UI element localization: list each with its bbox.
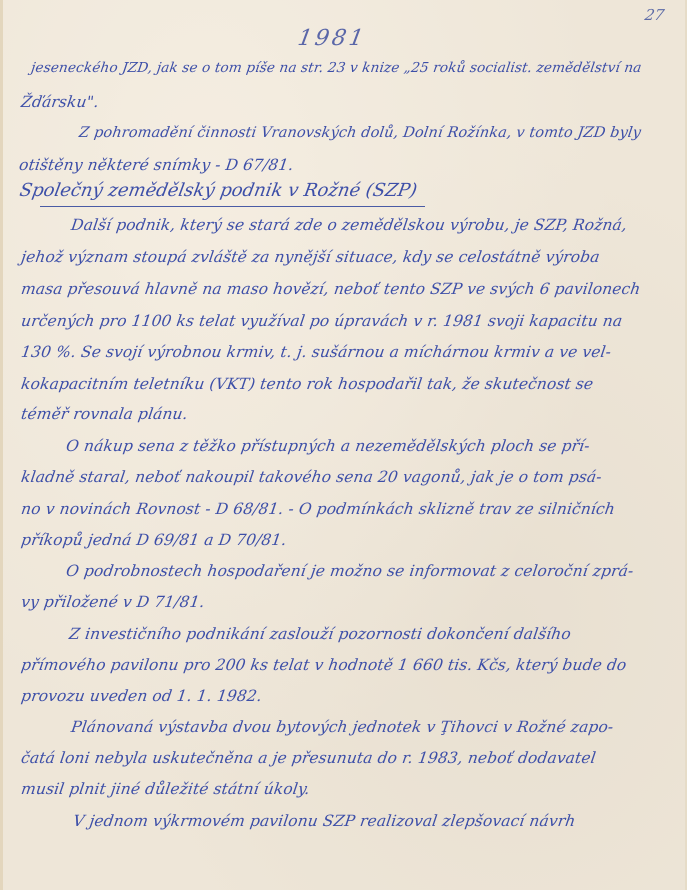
text-line: přímového pavilonu pro 200 ks telat v ho…: [20, 656, 628, 674]
text-line: kokapacitním teletníku (VKT) tento rok h…: [20, 375, 595, 393]
text-line: O podrobnostech hospodaření je možno se …: [65, 562, 635, 580]
text-line: čatá loni nebyla uskutečněna a je přesun…: [20, 749, 597, 767]
manuscript-page: 27 1981 jeseneckého JZD, jak se o tom pí…: [0, 0, 687, 890]
text-line: Žďársku".: [20, 93, 100, 111]
text-line: provozu uveden od 1. 1. 1982.: [20, 687, 263, 705]
text-line: otištěny některé snímky - D 67/81.: [18, 156, 295, 174]
text-line: 130 %. Se svojí výrobnou krmiv, t. j. su…: [20, 343, 612, 361]
text-line: V jednom výkrmovém pavilonu SZP realizov…: [72, 812, 577, 830]
text-line: kladně staral, neboť nakoupil takového s…: [20, 468, 603, 486]
text-line: Další podnik, který se stará zde o zeměd…: [70, 216, 628, 234]
page-number: 27: [643, 6, 665, 24]
text-line: masa přesouvá hlavně na maso hovězí, neb…: [20, 280, 642, 298]
year-header: 1981: [296, 26, 368, 51]
text-line: no v novinách Rovnost - D 68/81. - O pod…: [20, 500, 616, 518]
text-line: Z pohromadění činnosti Vranovských dolů,…: [78, 125, 642, 141]
text-line: O nákup sena z těžko přístupných a nezem…: [65, 437, 591, 455]
text-line: příkopů jedná D 69/81 a D 70/81.: [20, 531, 288, 549]
text-line: Z investičního podnikání zaslouží pozorn…: [68, 625, 572, 643]
heading-underline: [40, 206, 425, 207]
text-line: určených pro 1100 ks telat využíval po ú…: [20, 312, 624, 330]
text-line: vy přiložené v D 71/81.: [20, 593, 206, 611]
text-line: téměř rovnala plánu.: [20, 405, 189, 423]
text-line: jeseneckého JZD, jak se o tom píše na st…: [30, 60, 643, 76]
text-line: jehož význam stoupá zvláště za nynější s…: [20, 248, 601, 266]
text-line: musil plnit jiné důležité státní úkoly.: [20, 780, 311, 798]
section-heading: Společný zemědělský podnik v Rožné (SZP): [18, 180, 419, 201]
text-line: Plánovaná výstavba dvou bytových jednote…: [70, 718, 615, 736]
